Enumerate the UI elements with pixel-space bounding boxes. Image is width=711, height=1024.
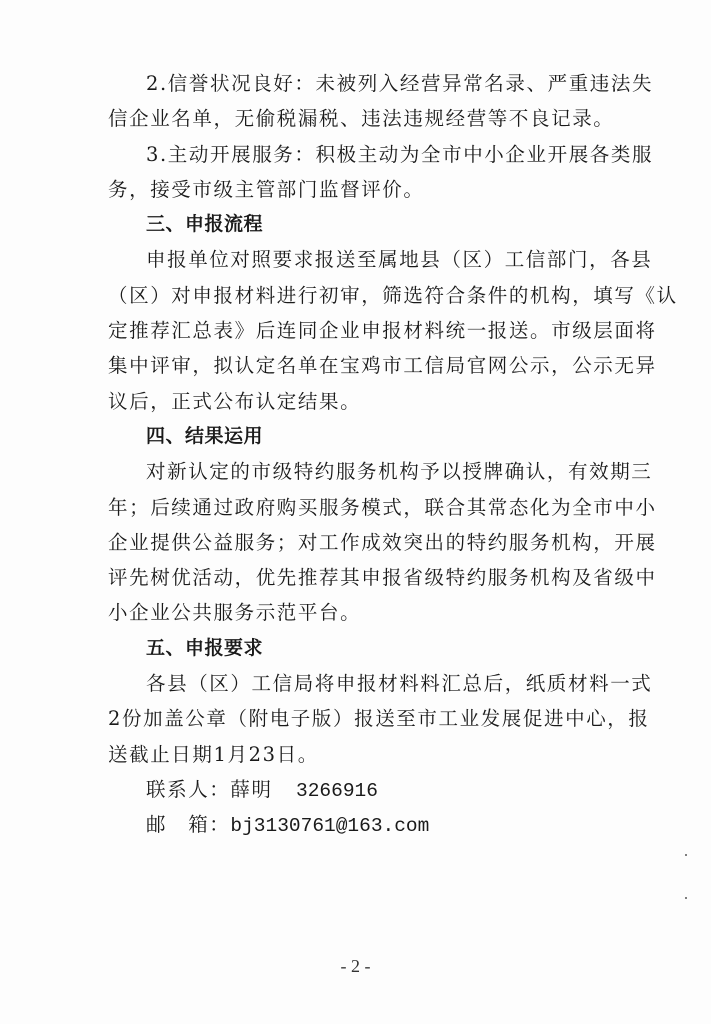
requirements-line-2: 2份加盖公章（附电子版）报送至市工业发展促进中心，报 bbox=[108, 701, 604, 736]
results-line-1: 对新认定的市级特约服务机构予以授牌确认，有效期三 bbox=[108, 454, 604, 489]
results-line-5: 小企业公共服务示范平台。 bbox=[108, 595, 604, 630]
item-3-line-2: 务，接受市级主管部门监督评价。 bbox=[108, 172, 604, 207]
contact-phone: 3266916 bbox=[296, 780, 378, 802]
item-2-line-1: 2.信誉状况良好：未被列入经营异常名录、严重违法失 bbox=[108, 66, 604, 101]
process-line-1: 申报单位对照要求报送至属地县（区）工信部门，各县 bbox=[108, 242, 604, 277]
contact-person-line: 联系人：薛明 3266916 bbox=[108, 772, 604, 807]
scan-speck bbox=[685, 854, 687, 856]
process-line-3: 定推荐汇总表》后连同企业申报材料统一报送。市级层面将 bbox=[108, 313, 604, 348]
process-line-4: 集中评审，拟认定名单在宝鸡市工信局官网公示，公示无异 bbox=[108, 348, 604, 383]
results-line-4: 评先树优活动，优先推荐其申报省级特约服务机构及省级中 bbox=[108, 560, 604, 595]
section-heading-process: 三、申报流程 bbox=[108, 207, 604, 242]
contact-email[interactable]: bj3130761@163.com bbox=[230, 815, 429, 837]
process-line-2: （区）对申报材料进行初审，筛选符合条件的机构，填写《认 bbox=[108, 278, 604, 313]
results-line-3: 企业提供公益服务；对工作成效突出的特约服务机构，开展 bbox=[108, 525, 604, 560]
section-heading-results: 四、结果运用 bbox=[108, 419, 604, 454]
requirements-line-3: 送截止日期1月23日。 bbox=[108, 737, 604, 772]
contact-person-name: 薛明 bbox=[230, 778, 272, 801]
page-number: - 2 - bbox=[0, 956, 711, 977]
document-page: 2.信誉状况良好：未被列入经营异常名录、严重违法失 信企业名单，无偷税漏税、违法… bbox=[108, 66, 604, 843]
requirements-line-1: 各县（区）工信局将申报材料料汇总后，纸质材料一式 bbox=[108, 666, 604, 701]
item-2-line-2: 信企业名单，无偷税漏税、违法违规经营等不良记录。 bbox=[108, 101, 604, 136]
section-heading-requirements: 五、申报要求 bbox=[108, 631, 604, 666]
contact-email-line: 邮 箱：bj3130761@163.com bbox=[108, 807, 604, 842]
contact-person-label: 联系人： bbox=[146, 778, 230, 801]
results-line-2: 年；后续通过政府购买服务模式，联合其常态化为全市中小 bbox=[108, 490, 604, 525]
contact-email-label: 邮 箱： bbox=[146, 813, 230, 836]
process-line-5: 议后，正式公布认定结果。 bbox=[108, 384, 604, 419]
scan-speck bbox=[685, 897, 687, 899]
item-3-line-1: 3.主动开展服务：积极主动为全市中小企业开展各类服 bbox=[108, 137, 604, 172]
